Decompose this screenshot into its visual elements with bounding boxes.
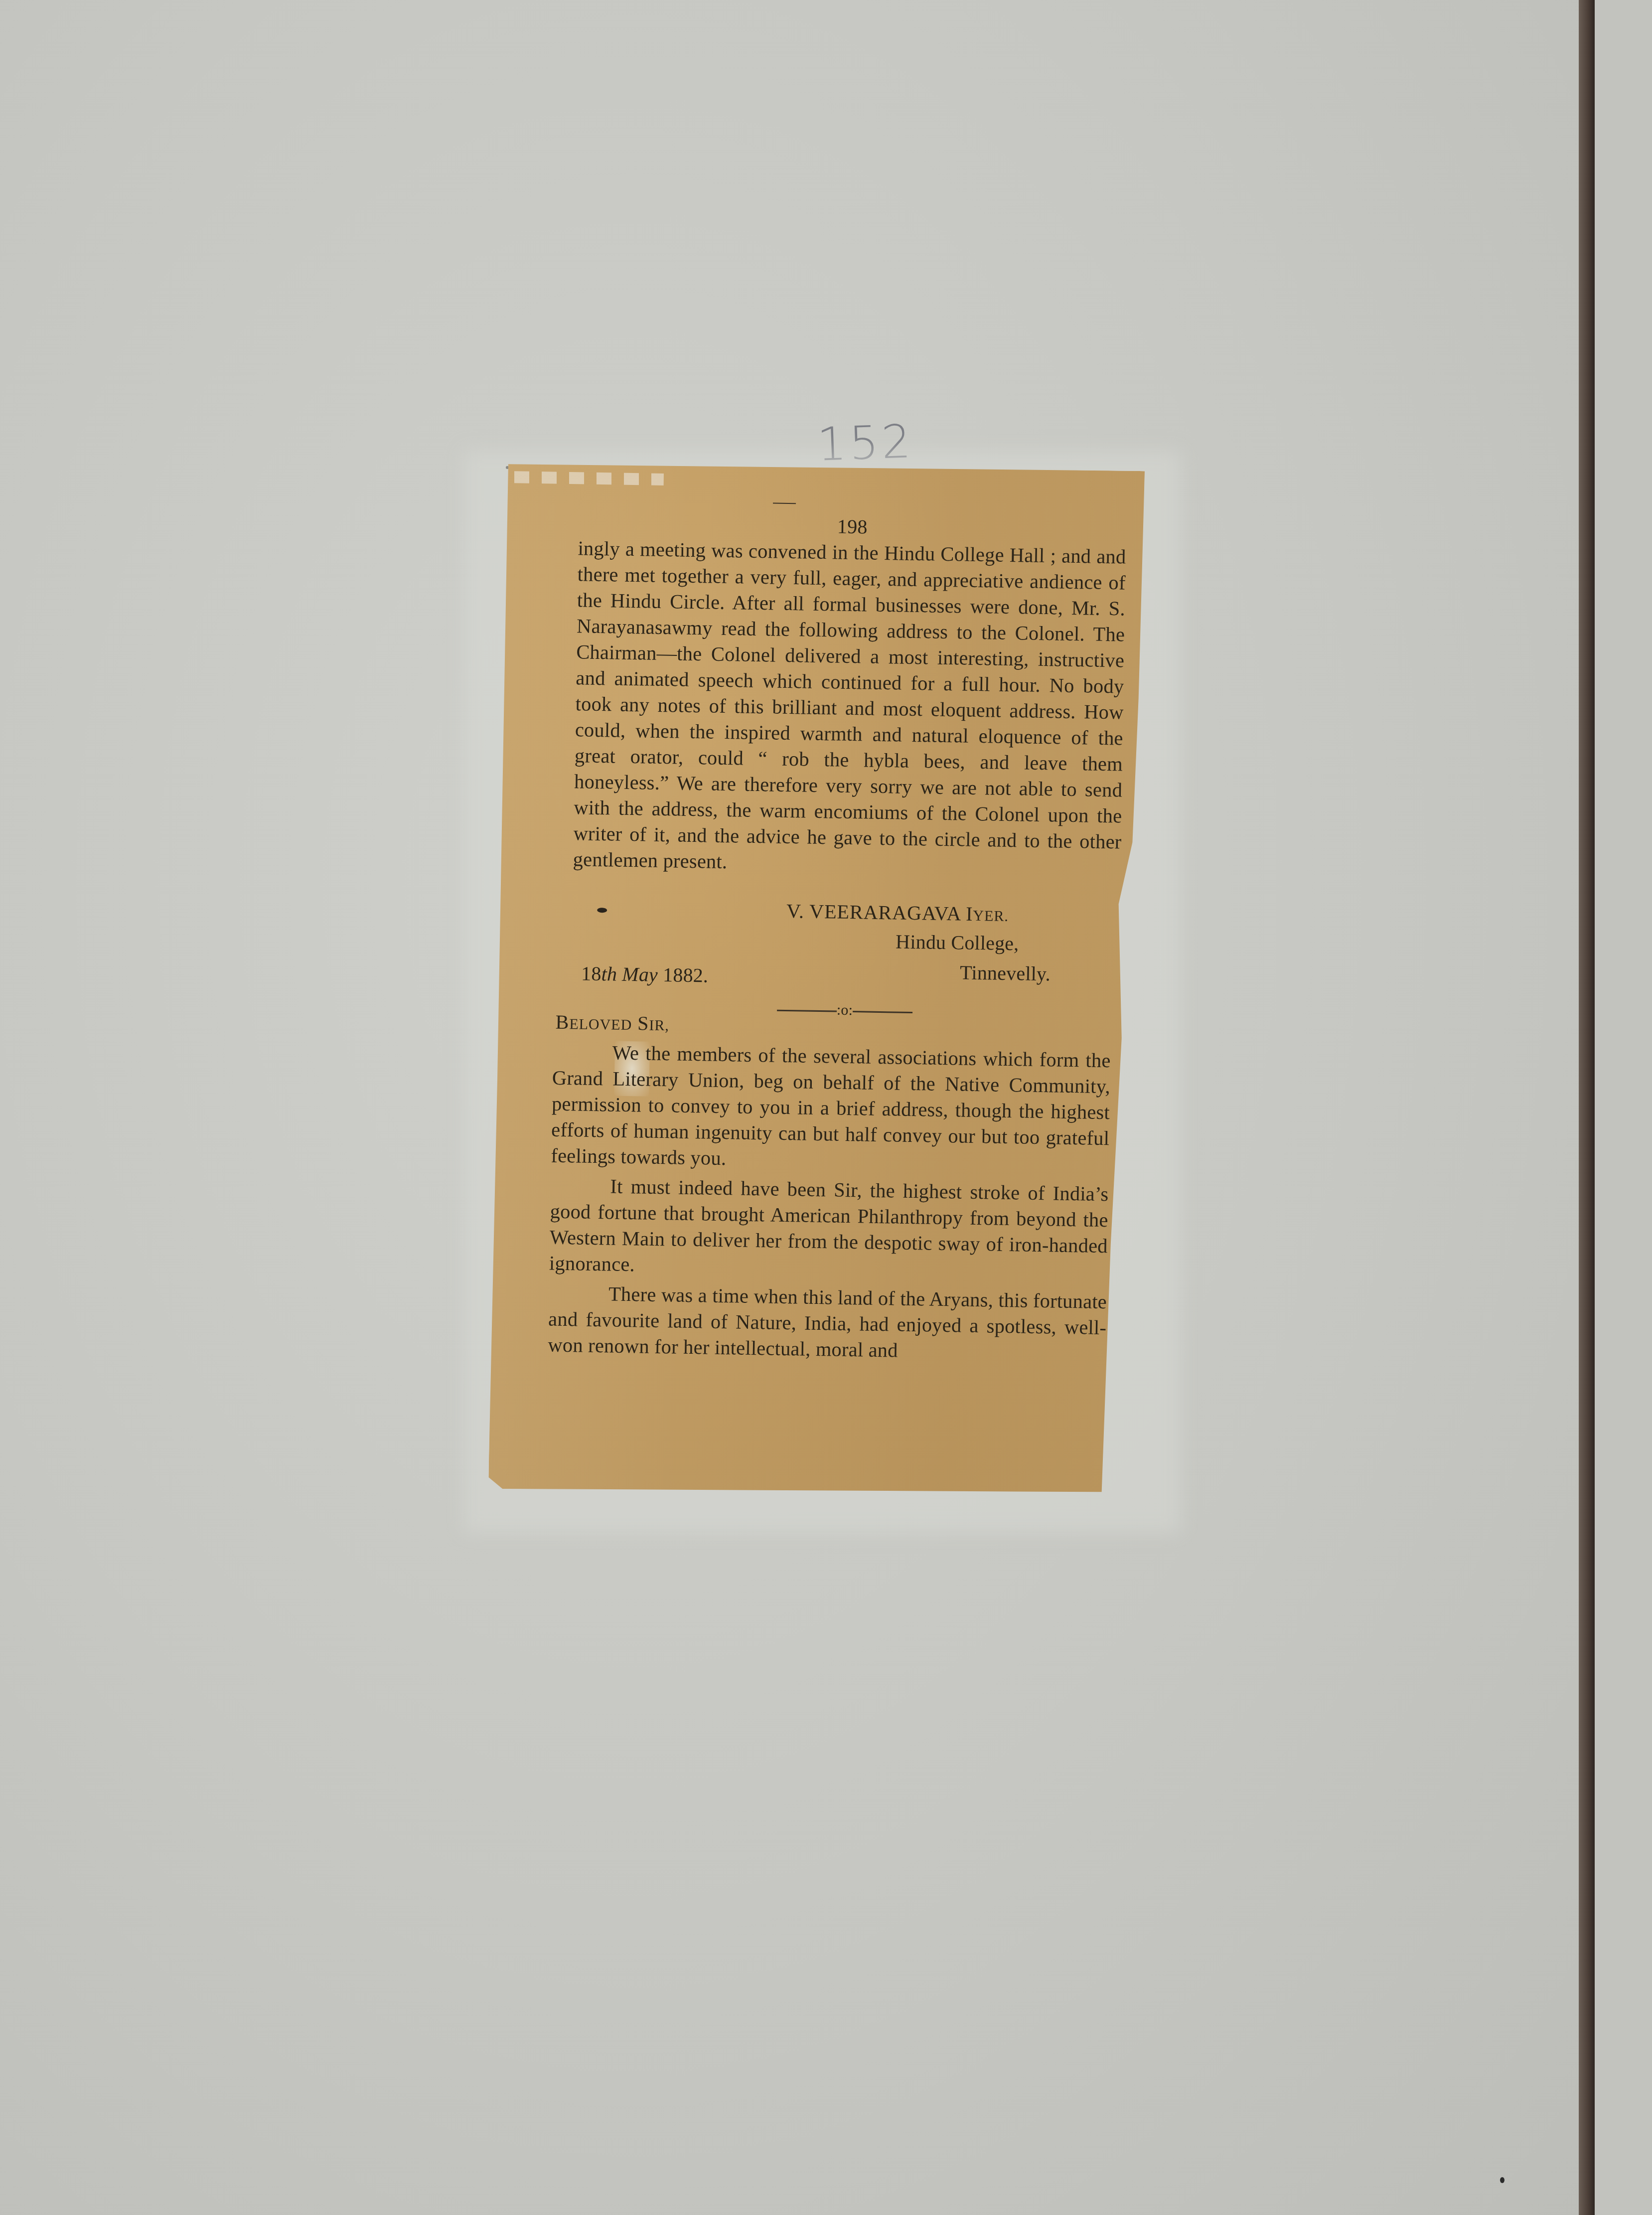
signatory-name: V. VEERARAGAVA IYER. [786,898,1009,930]
signatory-place: Tinnevelly. [960,959,1051,987]
opening-paragraph-block: ingly a meeting was convened in the Hind… [573,535,1126,881]
letter-paragraph: There was a time when this land of the A… [548,1280,1107,1367]
opening-paragraph: ingly a meeting was convened in the Hind… [573,535,1126,881]
newspaper-clipping: 198 ingly a meeting was convened in the … [488,461,1147,1503]
stray-mark [1500,2177,1504,2183]
binding-edge [1579,0,1595,2215]
letter-paragraph: It must indeed have been Sir, the highes… [549,1173,1109,1285]
address-letter-body: We the members of the several associatio… [548,1039,1111,1371]
letter-paragraph: We the members of the several associatio… [551,1039,1111,1178]
letter-date: 18th May 1882. [581,961,709,989]
paper-wear [514,471,664,485]
facing-page-edge [1595,0,1652,2215]
header-rule [773,502,796,504]
salutation: BELOVED SIR, [555,1009,669,1039]
signatory-institution: Hindu College, [896,929,1019,956]
